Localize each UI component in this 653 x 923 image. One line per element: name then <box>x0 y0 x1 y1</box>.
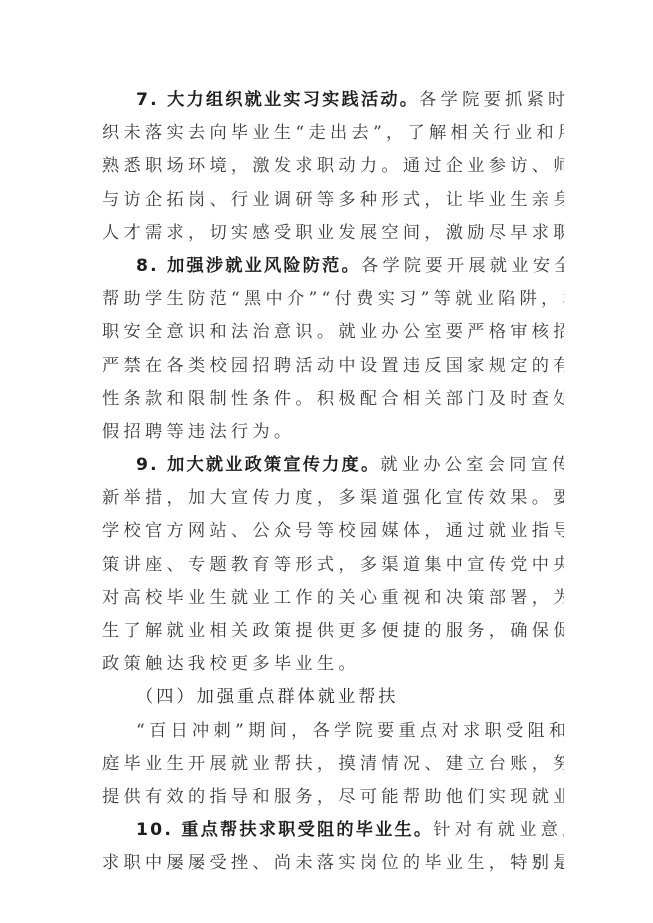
paragraph-item-9-line-1: 9. 加大就业政策宣传力度。就业办公室会同宣传部要创 <box>102 449 564 482</box>
document-page: 7. 大力组织就业实习实践活动。各学院要抓紧时间，组 织未落实去向毕业生“走出去… <box>0 0 653 923</box>
document-body: 7. 大力组织就业实习实践活动。各学院要抓紧时间，组 织未落实去向毕业生“走出去… <box>102 84 564 881</box>
item-9-text: 就业办公室会同宣传部要创 <box>380 455 564 475</box>
paragraph-line: 策讲座、专题教育等形式，多渠道集中宣传党中央、国务院 <box>102 549 564 582</box>
paragraph-line: 职安全意识和法治意识。就业办公室要严格审核招聘信息， <box>102 316 564 349</box>
paragraph-line: 新举措，加大宣传力度，多渠道强化宣传效果。要充分利用 <box>102 482 564 515</box>
paragraph-line: 对高校毕业生就业工作的关心重视和决策部署，为高校毕业 <box>102 582 564 615</box>
paragraph-line: 求职中屡屡受挫、尚未落实岗位的毕业生，特别是困难群体 <box>102 847 564 880</box>
paragraph-line: 生了解就业相关政策提供更多便捷的服务，确保促就业创业 <box>102 615 564 648</box>
paragraph-line: 严禁在各类校园招聘活动中设置违反国家规定的有关歧视 <box>102 350 564 383</box>
section-intro-line: 提供有效的指导和服务，尽可能帮助他们实现就业。 <box>102 781 564 814</box>
item-7-title: 7. 大力组织就业实习实践活动。 <box>136 90 419 110</box>
item-10-title: 10. 重点帮扶求职受阻的毕业生。 <box>136 820 433 840</box>
paragraph-line: 熟悉职场环境，激发求职动力。通过企业参访、师生共同参 <box>102 150 564 183</box>
paragraph-line: 假招聘等违法行为。 <box>102 416 564 449</box>
paragraph-line: 人才需求，切实感受职业发展空间，激励尽早求职。 <box>102 217 564 250</box>
section-heading: （四）加强重点群体就业帮扶 <box>102 681 564 714</box>
paragraph-item-7-line-1: 7. 大力组织就业实习实践活动。各学院要抓紧时间，组 <box>102 84 564 117</box>
item-9-title: 9. 加大就业政策宣传力度。 <box>136 455 380 475</box>
item-10-text: 针对有就业意愿但在 <box>433 820 564 840</box>
paragraph-line: 织未落实去向毕业生“走出去”，了解相关行业和用人单位， <box>102 117 564 150</box>
paragraph-line: 性条款和限制性条件。积极配合相关部门及时查处和打击虚 <box>102 383 564 416</box>
item-7-text: 各学院要抓紧时间，组 <box>419 90 564 110</box>
section-intro-line: “百日冲刺”期间，各学院要重点对求职受阻和困难家 <box>102 715 564 748</box>
item-8-title: 8. 加强涉就业风险防范。 <box>136 256 361 276</box>
section-intro-line: 庭毕业生开展就业帮扶，摸清情况、建立台账，努力为他们 <box>102 748 564 781</box>
paragraph-item-10-line-1: 10. 重点帮扶求职受阻的毕业生。针对有就业意愿但在 <box>102 814 564 847</box>
paragraph-item-8-line-1: 8. 加强涉就业风险防范。各学院要开展就业安全教育， <box>102 250 564 283</box>
paragraph-line: 与访企拓岗、行业调研等多种形式，让毕业生亲身体验行业 <box>102 184 564 217</box>
item-8-text: 各学院要开展就业安全教育， <box>361 256 564 276</box>
paragraph-line: 政策触达我校更多毕业生。 <box>102 648 564 681</box>
paragraph-line: 学校官方网站、公众号等校园媒体，通过就业指导课程、政 <box>102 515 564 548</box>
paragraph-line: 帮助学生防范“黑中介”“付费实习”等就业陷阱，增强求 <box>102 283 564 316</box>
page-number: - 5 - <box>513 853 566 873</box>
